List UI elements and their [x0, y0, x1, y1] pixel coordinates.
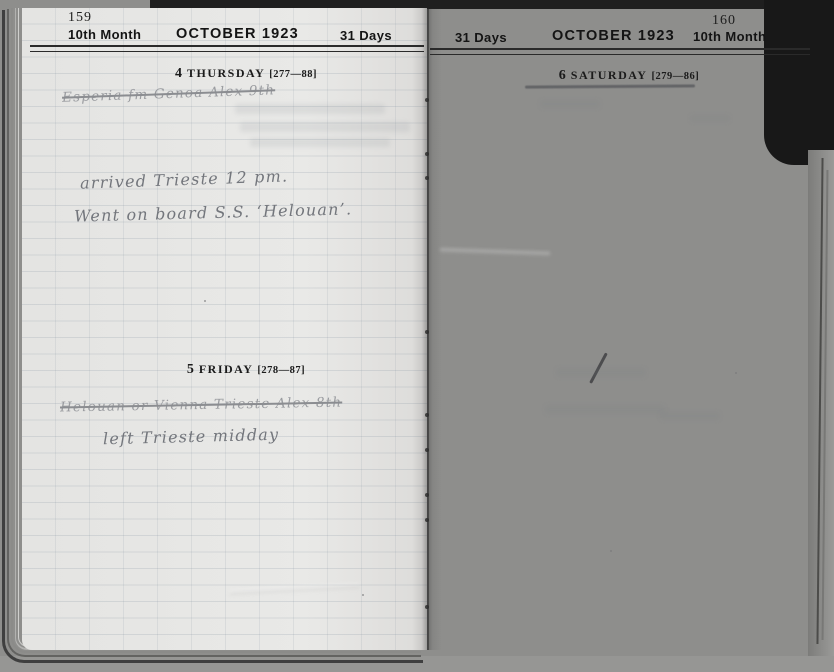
month-ordinal-label-left: 10th Month: [68, 27, 141, 42]
ghost-smudge: [540, 100, 600, 108]
stitch-dot: [425, 493, 429, 497]
ghost-smudge: [545, 405, 665, 414]
stitch-dot: [425, 152, 429, 156]
book-spine-line: [427, 8, 429, 650]
day-heading-thursday: 4 THURSDAY [277—88]: [46, 64, 446, 82]
stitch-dot: [425, 413, 429, 417]
header-double-rule-right: [430, 48, 810, 55]
day-ordinals: [278—87]: [257, 365, 305, 376]
day-number: 5: [187, 362, 195, 377]
day-name: FRIDAY: [199, 362, 254, 376]
ghost-smudge: [240, 122, 410, 132]
header-double-rule-left: [30, 45, 424, 52]
ghost-smudge: [660, 412, 720, 420]
day-heading-saturday: 6 SATURDAY [279—86]: [436, 66, 822, 84]
ghost-smudge: [250, 138, 390, 147]
stitch-dot: [425, 605, 429, 609]
diary-scan: 159 10th Month OCTOBER 1923 31 Days 4 TH…: [0, 0, 834, 672]
stitch-dot: [425, 98, 429, 102]
day-name: THURSDAY: [187, 66, 265, 80]
stitch-dot: [425, 518, 429, 522]
month-title-right: OCTOBER 1923: [552, 28, 675, 44]
days-count-label-right: 31 Days: [455, 30, 507, 45]
page-number-left: 159: [68, 10, 92, 26]
day-number: 6: [559, 68, 567, 83]
stitch-dot: [425, 448, 429, 452]
day-name: SATURDAY: [571, 68, 648, 82]
day-ordinals: [277—88]: [269, 69, 317, 80]
stitch-dot: [425, 330, 429, 334]
ghost-smudge: [556, 368, 646, 377]
stitch-dot: [425, 176, 429, 180]
month-ordinal-label-right: 10th Month: [693, 29, 766, 44]
day-heading-friday: 5 FRIDAY [278—87]: [46, 360, 446, 378]
day-number: 4: [175, 66, 183, 81]
ghost-smudge: [690, 115, 730, 122]
diary-right-page: [427, 8, 813, 650]
day-ordinals: [279—86]: [651, 71, 699, 82]
days-count-label-left: 31 Days: [340, 28, 392, 43]
month-title-left: OCTOBER 1923: [176, 26, 299, 42]
page-number-right: 160: [712, 13, 736, 29]
ghost-smudge: [235, 104, 385, 114]
